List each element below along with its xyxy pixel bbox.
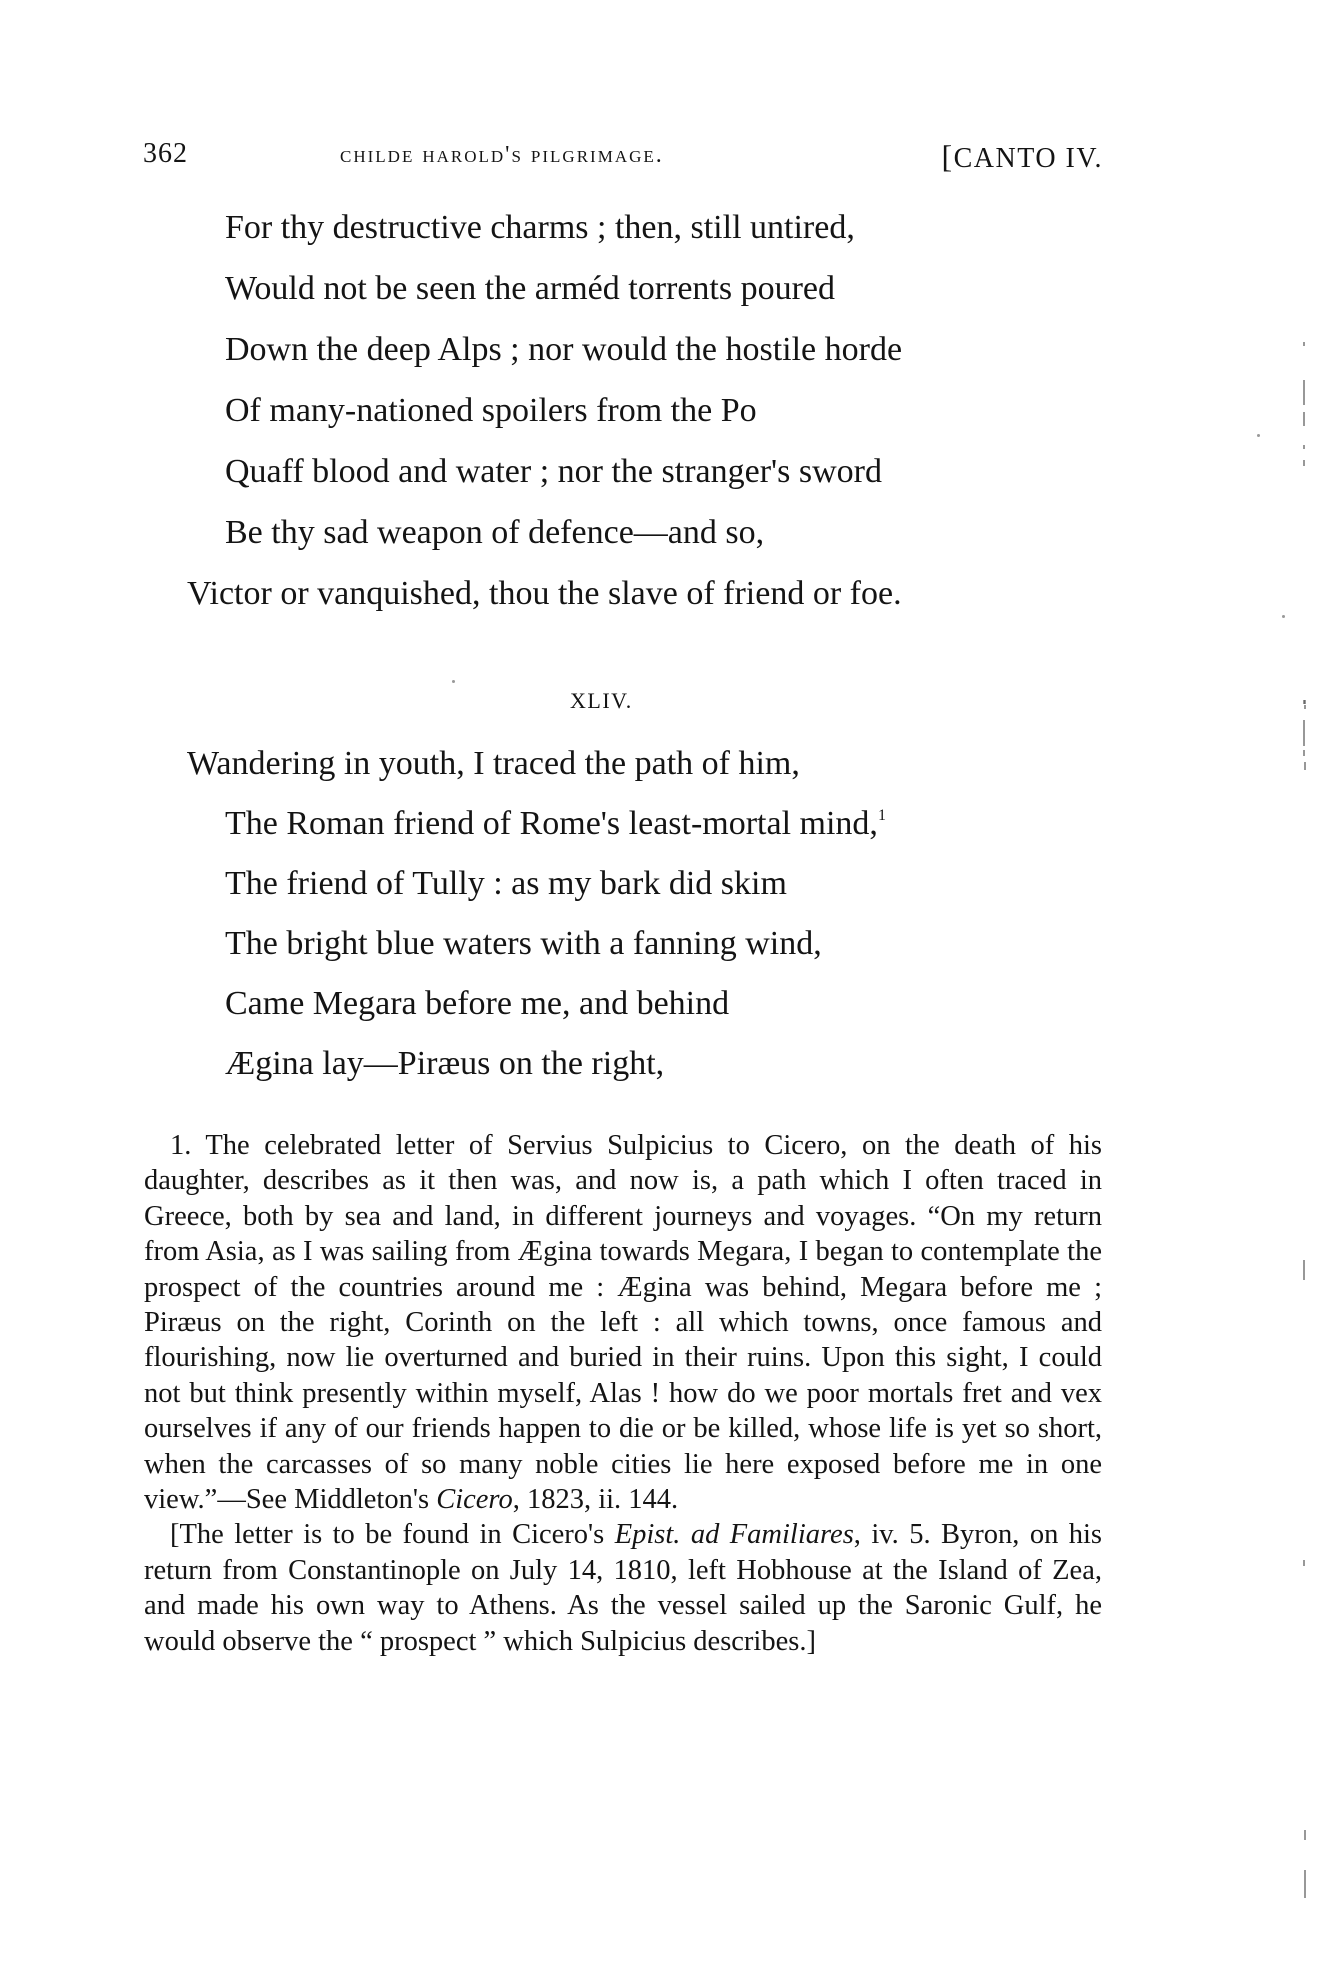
scan-artifact — [1304, 700, 1306, 704]
verse-line: The Roman friend of Rome's least-mortal … — [225, 804, 886, 844]
footnote-text: [The letter is to be found in Cicero's — [170, 1519, 615, 1550]
scan-speck — [1257, 434, 1260, 437]
footnote-paragraph-1: 1. The celebrated letter of Servius Sulp… — [144, 1128, 1102, 1517]
running-head: 362 CHILDE HAROLD'S PILGRIMAGE. [CANTO I… — [143, 138, 1103, 172]
verse-line: Be thy sad weapon of defence—and so, — [225, 513, 764, 553]
verse-line: Down the deep Alps ; nor would the hosti… — [225, 330, 902, 370]
scan-artifact — [1303, 412, 1305, 426]
scan-artifact — [1303, 750, 1305, 756]
footnote: 1. The celebrated letter of Servius Sulp… — [144, 1128, 1102, 1659]
canto-bracket: [ — [941, 138, 953, 174]
footnote-italic-title: Cicero — [436, 1484, 513, 1515]
canto-text: CANTO IV. — [954, 143, 1103, 174]
scan-artifact — [1303, 720, 1305, 746]
footnote-text: , 1823, ii. 144. — [513, 1484, 678, 1515]
scan-artifact — [1303, 460, 1305, 466]
verse-line: For thy destructive charms ; then, still… — [225, 208, 855, 248]
verse-line: Of many-nationed spoilers from the Po — [225, 391, 757, 431]
canto-label: [CANTO IV. — [941, 138, 1103, 175]
stanza-number: XLIV. — [570, 688, 633, 714]
verse-line: Ægina lay—Piræus on the right, — [225, 1044, 664, 1084]
scan-artifact — [1303, 1560, 1305, 1566]
verse-line: Would not be seen the arméd torrents pou… — [225, 269, 835, 309]
scan-artifact — [1304, 1870, 1306, 1898]
book-page: 362 CHILDE HAROLD'S PILGRIMAGE. [CANTO I… — [0, 0, 1341, 1985]
scan-speck — [452, 680, 455, 683]
scan-artifact — [1303, 445, 1305, 449]
footnote-italic-title: Epist. ad Familiares — [615, 1519, 854, 1550]
running-title: CHILDE HAROLD'S PILGRIMAGE. — [340, 142, 664, 169]
scan-artifact — [1304, 1830, 1306, 1840]
verse-line: The bright blue waters with a fanning wi… — [225, 924, 822, 964]
verse-line: Wandering in youth, I traced the path of… — [187, 744, 800, 784]
verse-text: The Roman friend of Rome's least-mortal … — [225, 805, 878, 842]
scan-artifact — [1304, 705, 1306, 709]
footnote-paragraph-2: [The letter is to be found in Cicero's E… — [144, 1517, 1102, 1659]
footnote-marker: 1. — [170, 1130, 191, 1161]
verse-line: The friend of Tully : as my bark did ski… — [225, 864, 787, 904]
verse-line: Victor or vanquished, thou the slave of … — [187, 574, 902, 614]
verse-line: Quaff blood and water ; nor the stranger… — [225, 452, 882, 492]
page-number: 362 — [143, 138, 188, 170]
footnote-reference[interactable]: 1 — [878, 807, 886, 824]
scan-artifact — [1303, 342, 1305, 346]
footnote-text: The celebrated letter of Servius Sulpici… — [144, 1130, 1102, 1515]
scan-artifact — [1304, 762, 1306, 770]
scan-artifact — [1303, 380, 1305, 405]
scan-speck — [1282, 615, 1285, 618]
verse-line: Came Megara before me, and behind — [225, 984, 729, 1024]
scan-artifact — [1303, 1260, 1305, 1280]
